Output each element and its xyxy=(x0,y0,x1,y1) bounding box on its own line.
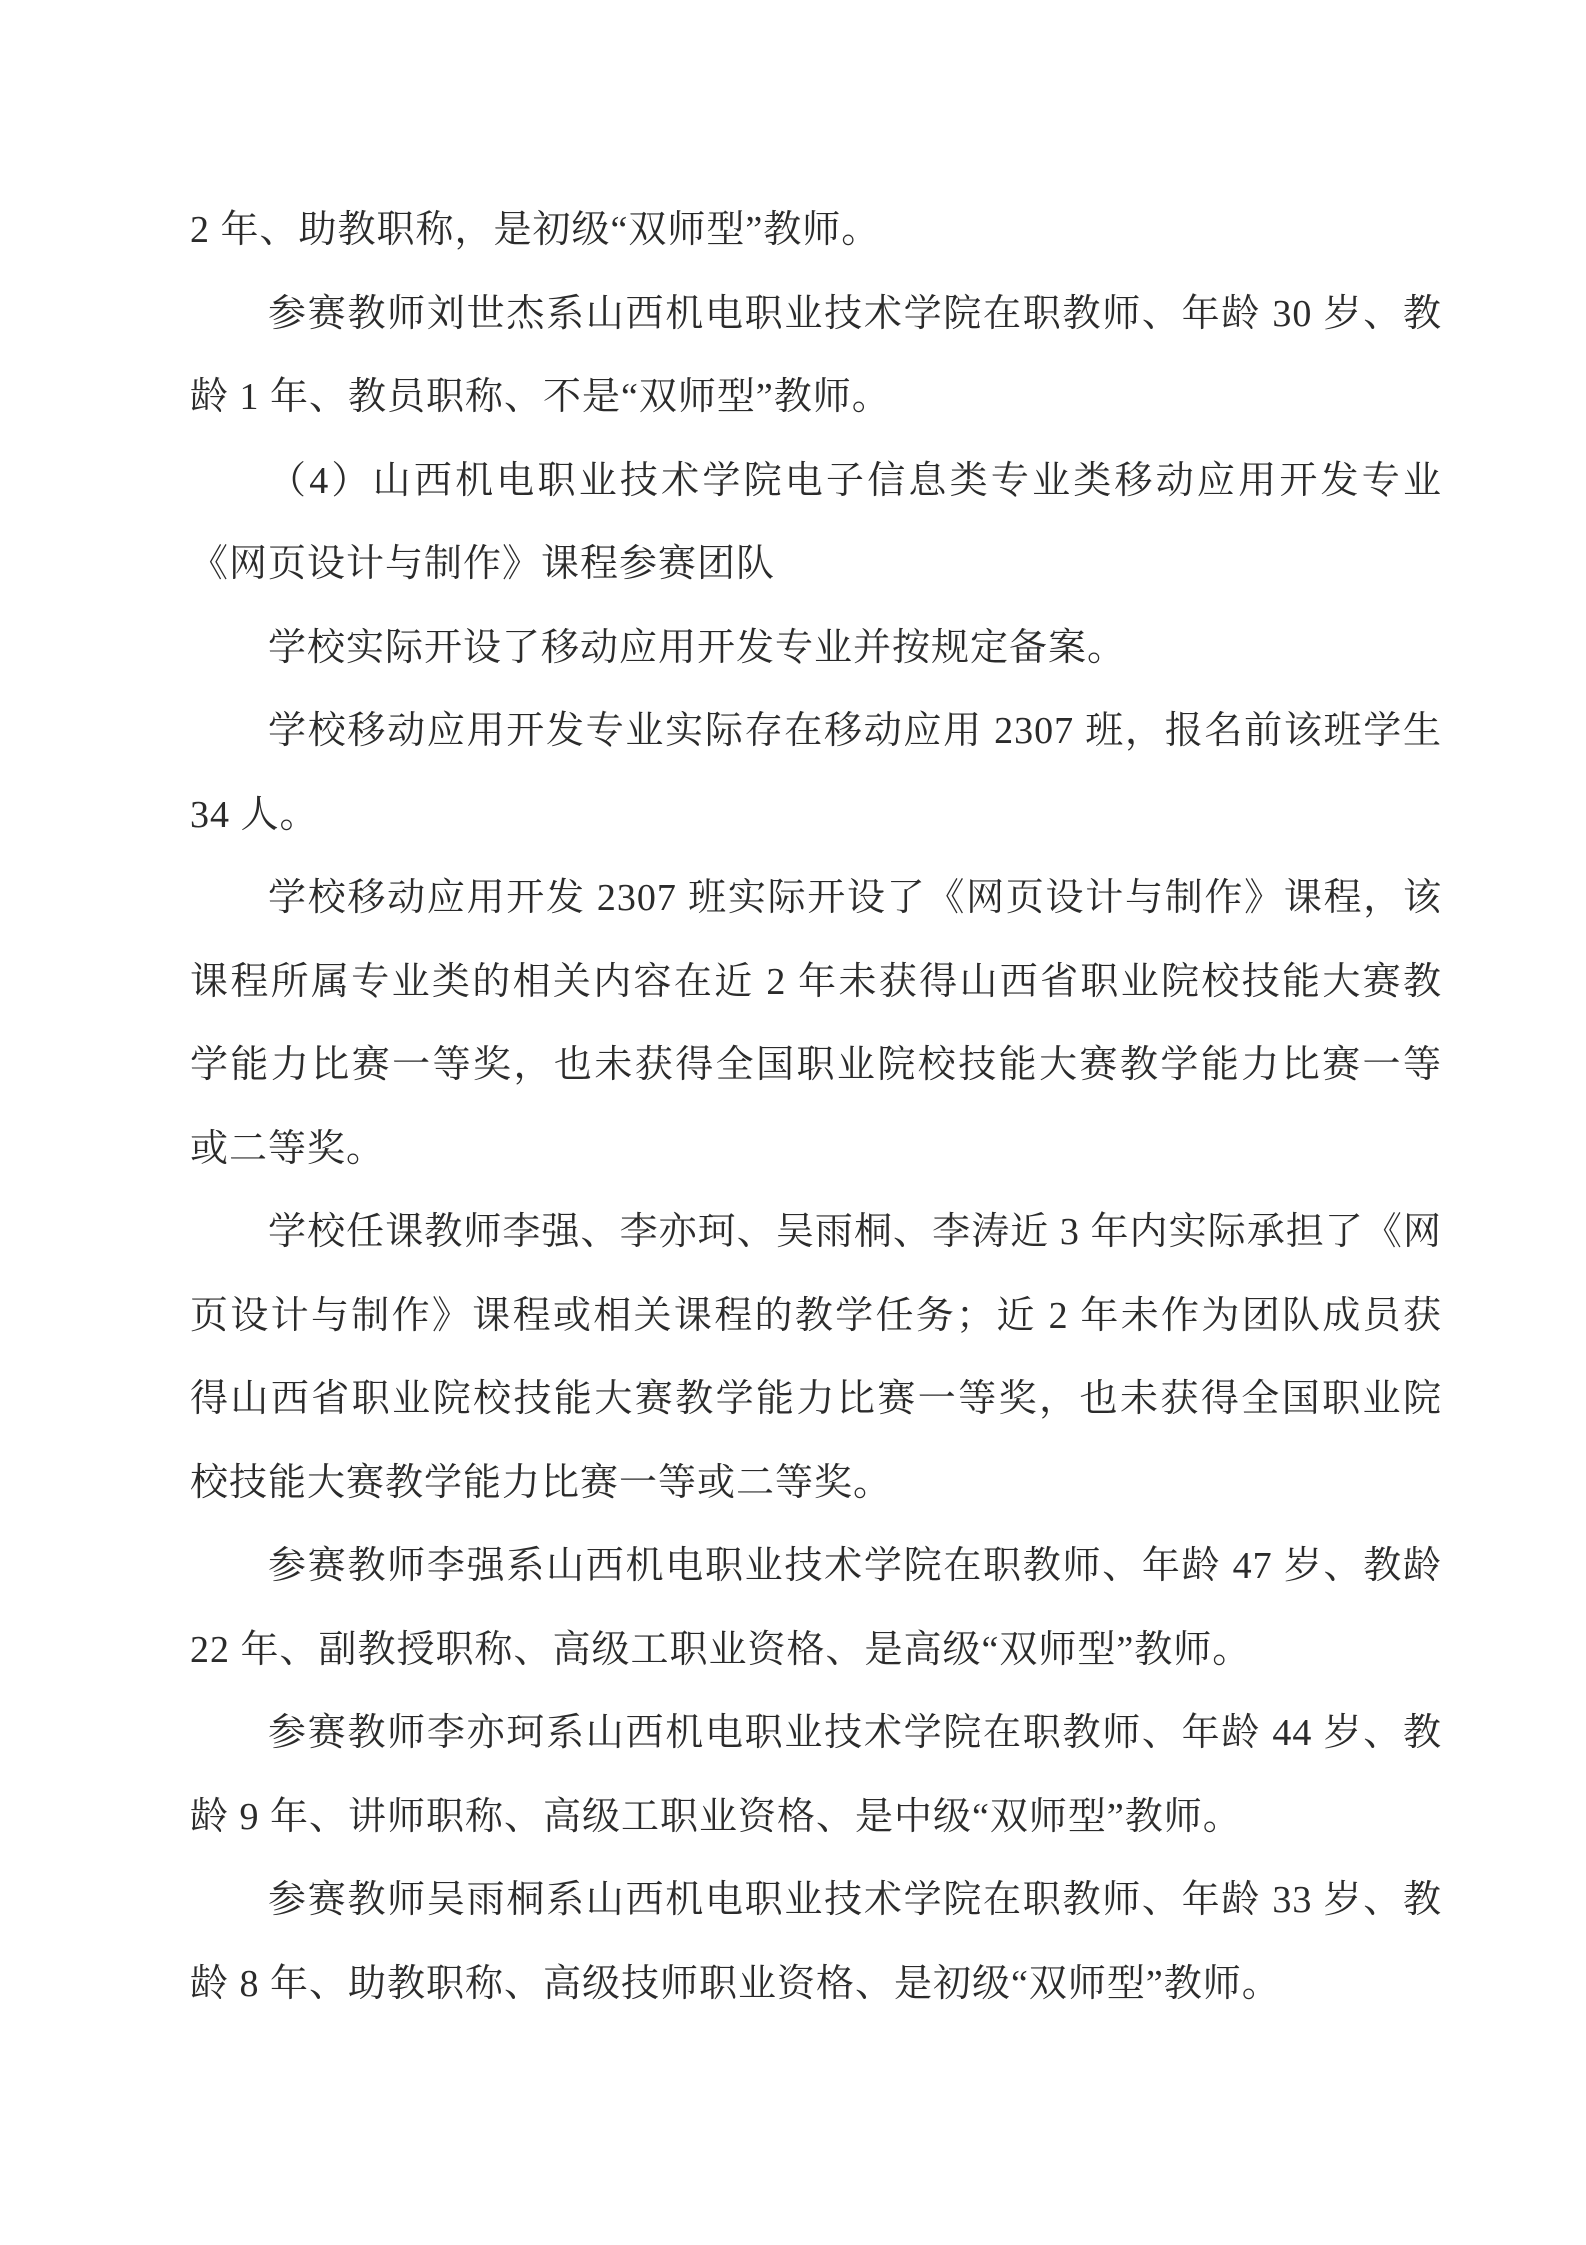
text-line-13: 学校任课教师李强、李亦珂、吴雨桐、李涛近 3 年内实际承担了《网 xyxy=(190,1191,1442,1275)
text-line-19: 参赛教师李亦珂系山西机电职业技术学院在职教师、年龄 44 岁、教 xyxy=(190,1692,1442,1776)
text-line-17: 参赛教师李强系山西机电职业技术学院在职教师、年龄 47 岁、教龄 xyxy=(190,1525,1442,1609)
text-line-15: 得山西省职业院校技能大赛教学能力比赛一等奖，也未获得全国职业院 xyxy=(190,1358,1442,1442)
text-line-21: 参赛教师吴雨桐系山西机电职业技术学院在职教师、年龄 33 岁、教 xyxy=(190,1859,1442,1943)
text-line-3: 龄 1 年、教员职称、不是“双师型”教师。 xyxy=(190,356,1442,440)
text-line-20: 龄 9 年、讲师职称、高级工职业资格、是中级“双师型”教师。 xyxy=(190,1776,1442,1860)
text-line-18: 22 年、副教授职称、高级工职业资格、是高级“双师型”教师。 xyxy=(190,1609,1442,1693)
text-line-11: 学能力比赛一等奖，也未获得全国职业院校技能大赛教学能力比赛一等 xyxy=(190,1024,1442,1108)
text-line-14: 页设计与制作》课程或相关课程的教学任务；近 2 年未作为团队成员获 xyxy=(190,1275,1442,1359)
text-line-7: 学校移动应用开发专业实际存在移动应用 2307 班，报名前该班学生 xyxy=(190,690,1442,774)
text-line-12: 或二等奖。 xyxy=(190,1108,1442,1192)
text-line-9: 学校移动应用开发 2307 班实际开设了《网页设计与制作》课程，该 xyxy=(190,857,1442,941)
text-line-4: （4）山西机电职业技术学院电子信息类专业类移动应用开发专业 xyxy=(190,440,1442,524)
text-line-6: 学校实际开设了移动应用开发专业并按规定备案。 xyxy=(190,607,1442,691)
document-text-body: 2 年、助教职称，是初级“双师型”教师。 参赛教师刘世杰系山西机电职业技术学院在… xyxy=(190,189,1442,2026)
text-line-1: 2 年、助教职称，是初级“双师型”教师。 xyxy=(190,189,1442,273)
text-line-16: 校技能大赛教学能力比赛一等或二等奖。 xyxy=(190,1442,1442,1526)
document-page: 2 年、助教职称，是初级“双师型”教师。 参赛教师刘世杰系山西机电职业技术学院在… xyxy=(0,0,1586,2245)
text-line-10: 课程所属专业类的相关内容在近 2 年未获得山西省职业院校技能大赛教 xyxy=(190,941,1442,1025)
text-line-2: 参赛教师刘世杰系山西机电职业技术学院在职教师、年龄 30 岁、教 xyxy=(190,273,1442,357)
text-line-5: 《网页设计与制作》课程参赛团队 xyxy=(190,523,1442,607)
text-line-22: 龄 8 年、助教职称、高级技师职业资格、是初级“双师型”教师。 xyxy=(190,1943,1442,2027)
text-line-8: 34 人。 xyxy=(190,774,1442,858)
